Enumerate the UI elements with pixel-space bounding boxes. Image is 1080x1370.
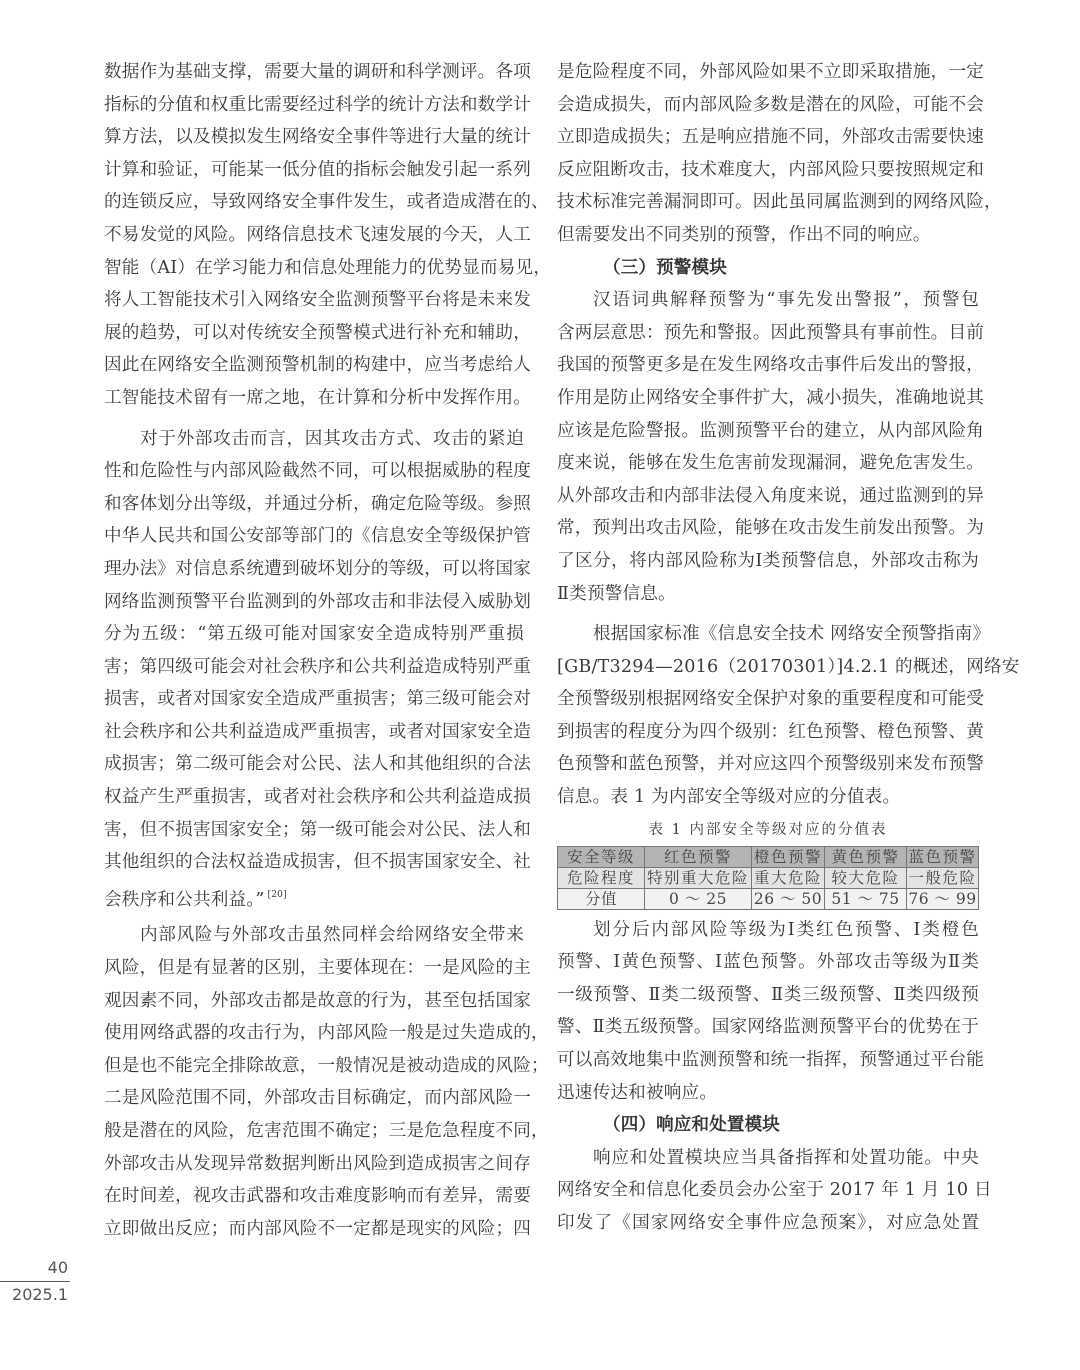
- text-line: 内部风险与外部攻击虽然同样会给网络安全带来: [104, 919, 524, 952]
- text-line: 计算和验证，可能某一低分值的指标会触发引起一系列: [104, 154, 524, 187]
- table-cell: 黄色预警: [825, 846, 907, 867]
- text-line: 害，但不损害国家安全；第一级可能会对公民、法人和: [104, 814, 524, 847]
- security-grade-table: 安全等级 红色预警 橙色预警 黄色预警 蓝色预警 危险程度 特别重大危险 重大危…: [557, 846, 979, 910]
- text-line: 指标的分值和权重比需要经过科学的统计方法和数学计: [104, 89, 524, 122]
- table-cell: 安全等级: [558, 846, 645, 867]
- text-line: 害；第四级可能会对社会秩序和公共利益造成特别严重: [104, 651, 524, 684]
- text-line: 常，预判出攻击风险，能够在攻击发生前发出预警。为: [557, 512, 979, 545]
- paragraph-continuation: 是危险程度不同，外部风险如果不立即采取措施，一定 会造成损失，而内部风险多数是潜…: [557, 56, 979, 252]
- text-line: Ⅱ类预警信息。: [557, 578, 979, 611]
- table-row: 分值 0 ～ 25 26 ～ 50 51 ～ 75 76 ～ 99: [558, 888, 979, 909]
- paragraph-gap: [104, 415, 524, 423]
- text-line: 将人工智能技术引入网络安全监测预警平台将是未来发: [104, 284, 524, 317]
- text-line: 迅速传达和被响应。: [557, 1077, 979, 1110]
- text-line: 应该是危险警报。监测预警平台的建立，从内部风险角: [557, 415, 979, 448]
- text-line: 使用网络武器的攻击行为，内部风险一般是过失造成的，: [104, 1017, 524, 1050]
- table-cell: 26 ～ 50: [752, 888, 825, 909]
- table-cell: 76 ～ 99: [907, 888, 979, 909]
- text-line: 权益产生严重损害，或者对社会秩序和公共利益造成损: [104, 781, 524, 814]
- section-heading-warning-module: （三）预警模块: [557, 252, 979, 285]
- text-line: 数据作为基础支撑，需要大量的调研和科学测评。各项: [104, 56, 524, 89]
- text-line: 含两层意思：预先和警报。因此预警具有事前性。目前: [557, 317, 979, 350]
- text-line: 一级预警、Ⅱ类二级预警、Ⅱ类三级预警、Ⅱ类四级预: [557, 979, 979, 1012]
- text-line: 不易发觉的风险。网络信息技术飞速发展的今天，人工: [104, 219, 524, 252]
- text-line: 是危险程度不同，外部风险如果不立即采取措施，一定: [557, 56, 979, 89]
- text-line: 印发了《国家网络安全事件应急预案》，对应急处置: [557, 1207, 979, 1240]
- text-line: 作用是防止网络安全事件扩大，减小损失，准确地说其: [557, 382, 979, 415]
- paragraph-ai-metrics: 数据作为基础支撑，需要大量的调研和科学测评。各项 指标的分值和权重比需要经过科学…: [104, 56, 524, 415]
- text-line: 成损害；第二级可能会对公民、法人和其他组织的合法: [104, 748, 524, 781]
- text-line: 对于外部攻击而言，因其攻击方式、攻击的紧迫: [104, 423, 524, 456]
- text-line: 立即做出反应；而内部风险不一定都是现实的风险；四: [104, 1213, 524, 1246]
- text-line: 全预警级别根据网络安全保护对象的重要程度和可能受: [557, 683, 979, 716]
- left-column: 数据作为基础支撑，需要大量的调研和科学测评。各项 指标的分值和权重比需要经过科学…: [104, 56, 524, 1245]
- table-caption: 表 1 内部安全等级对应的分值表: [557, 816, 979, 844]
- table-cell: 红色预警: [645, 846, 752, 867]
- text-line: 其他组织的合法权益造成损害，但不损害国家安全、社: [104, 846, 524, 879]
- table-cell: 一般危险: [907, 867, 979, 888]
- text-line: 中华人民共和国公安部等部门的《信息安全等级保护管: [104, 520, 524, 553]
- text-line: 到损害的程度分为四个级别：红色预警、橙色预警、黄: [557, 716, 979, 749]
- text-line: 从外部攻击和内部非法侵入角度来说，通过监测到的异: [557, 480, 979, 513]
- paragraph-risk-classification: 划分后内部风险等级为Ⅰ类红色预警、Ⅰ类橙色 预警、Ⅰ黄色预警、Ⅰ蓝色预警。外部攻…: [557, 914, 979, 1110]
- text-line: 信息。表 1 为内部安全等级对应的分值表。: [557, 781, 979, 814]
- text-line: 响应和处置模块应当具备指挥和处置功能。中央: [557, 1142, 979, 1175]
- paragraph-external-attack-levels: 对于外部攻击而言，因其攻击方式、攻击的紧迫 性和危险性与内部风险截然不同，可以根…: [104, 423, 524, 912]
- text-line: 智能（AI）在学习能力和信息处理能力的优势显而易见，: [104, 252, 524, 285]
- issue-number: 2025.1: [0, 1282, 70, 1308]
- table-cell: 较大危险: [825, 867, 907, 888]
- text-line: 可以高效地集中监测预警和统一指挥，预警通过平台能: [557, 1044, 979, 1077]
- text-line: 理办法》对信息系统遭到破坏划分的等级，可以将国家: [104, 553, 524, 586]
- text-line: 在时间差，视攻击武器和攻击难度影响而有差异，需要: [104, 1180, 524, 1213]
- text-line-with-citation: 会秩序和公共利益。”[20]: [104, 879, 524, 912]
- text-line: 的连锁反应，导致网络安全事件发生，或者造成潜在的、: [104, 186, 524, 219]
- paragraph-response-module: 响应和处置模块应当具备指挥和处置功能。中央 网络安全和信息化委员会办公室于 20…: [557, 1142, 979, 1240]
- paragraph-national-standard: 根据国家标准《信息安全技术 网络安全预警指南》 [GB/T3294—2016（2…: [557, 618, 979, 814]
- paragraph-internal-vs-external: 内部风险与外部攻击虽然同样会给网络安全带来 风险，但是有显著的区别，主要体现在：…: [104, 919, 524, 1245]
- text-line: 会造成损失，而内部风险多数是潜在的风险，可能不会: [557, 89, 979, 122]
- text-line: 和客体划分出等级，并通过分析，确定危险等级。参照: [104, 488, 524, 521]
- text-line: 风险，但是有显著的区别，主要体现在：一是风险的主: [104, 952, 524, 985]
- right-column: 是危险程度不同，外部风险如果不立即采取措施，一定 会造成损失，而内部风险多数是潜…: [557, 56, 979, 1240]
- text-line: 展的趋势，可以对传统安全预警模式进行补充和辅助，: [104, 317, 524, 350]
- citation-ref[interactable]: [20]: [268, 890, 287, 900]
- text-line: 分为五级：“第五级可能对国家安全造成特别严重损: [104, 618, 524, 651]
- paragraph-gap: [557, 610, 979, 618]
- text-line: 我国的预警更多是在发生网络攻击事件后发出的警报，: [557, 349, 979, 382]
- text-line: 但是也不能完全排除故意，一般情况是被动造成的风险；: [104, 1050, 524, 1083]
- text-line: 了区分，将内部风险称为Ⅰ类预警信息，外部攻击称为: [557, 545, 979, 578]
- paragraph-warning-definition: 汉语词典解释预警为“事先发出警报”，预警包 含两层意思：预先和警报。因此预警具有…: [557, 284, 979, 610]
- text-line: 二是风险范围不同，外部攻击目标确定，而内部风险一: [104, 1082, 524, 1115]
- text-line: 网络监测预警平台监测到的外部攻击和非法侵入威胁划: [104, 586, 524, 619]
- text-line: 划分后内部风险等级为Ⅰ类红色预警、Ⅰ类橙色: [557, 914, 979, 947]
- text-line: 因此在网络安全监测预警机制的构建中，应当考虑给人: [104, 349, 524, 382]
- text-line: 但需要发出不同类别的预警，作出不同的响应。: [557, 219, 979, 252]
- text-line: 技术标准完善漏洞即可。因此虽同属监测到的网络风险，: [557, 186, 979, 219]
- text-line: 外部攻击从发现异常数据判断出风险到造成损害之间存: [104, 1148, 524, 1181]
- page-folio: 40 2025.1: [0, 1255, 70, 1308]
- text-line: 般是潜在的风险，危害范围不确定；三是危急程度不同，: [104, 1115, 524, 1148]
- text-line: 色预警和蓝色预警，并对应这四个预警级别来发布预警: [557, 748, 979, 781]
- text-line: [GB/T3294—2016（20170301）]4.2.1 的概述，网络安: [557, 651, 979, 684]
- text-line: 网络安全和信息化委员会办公室于 2017 年 1 月 10 日: [557, 1174, 979, 1207]
- text-line: 预警、Ⅰ黄色预警、Ⅰ蓝色预警。外部攻击等级为Ⅱ类: [557, 946, 979, 979]
- table-cell: 分值: [558, 888, 645, 909]
- table-cell: 蓝色预警: [907, 846, 979, 867]
- text-line: 汉语词典解释预警为“事先发出警报”，预警包: [557, 284, 979, 317]
- text-line: 算方法，以及模拟发生网络安全事件等进行大量的统计: [104, 121, 524, 154]
- page-number: 40: [0, 1255, 70, 1281]
- text-line: 根据国家标准《信息安全技术 网络安全预警指南》: [557, 618, 979, 651]
- text-line: 损害，或者对国家安全造成严重损害；第三级可能会对: [104, 683, 524, 716]
- text-line: 警、Ⅱ类五级预警。国家网络监测预警平台的优势在于: [557, 1011, 979, 1044]
- text-line: 度来说，能够在发生危害前发现漏洞，避免危害发生。: [557, 447, 979, 480]
- text-line: 观因素不同，外部攻击都是故意的行为，甚至包括国家: [104, 985, 524, 1018]
- text-line: 会秩序和公共利益。”: [104, 890, 265, 910]
- table-cell: 橙色预警: [752, 846, 825, 867]
- text-line: 工智能技术留有一席之地，在计算和分析中发挥作用。: [104, 382, 524, 415]
- table-header-row: 安全等级 红色预警 橙色预警 黄色预警 蓝色预警: [558, 846, 979, 867]
- table-cell: 0 ～ 25: [645, 888, 752, 909]
- text-line: 性和危险性与内部风险截然不同，可以根据威胁的程度: [104, 455, 524, 488]
- text-line: 反应阻断攻击，技术难度大，内部风险只要按照规定和: [557, 154, 979, 187]
- table-cell: 51 ～ 75: [825, 888, 907, 909]
- table-row: 危险程度 特别重大危险 重大危险 较大危险 一般危险: [558, 867, 979, 888]
- table-cell: 危险程度: [558, 867, 645, 888]
- table-cell: 特别重大危险: [645, 867, 752, 888]
- paragraph-gap: [104, 911, 524, 919]
- table-cell: 重大危险: [752, 867, 825, 888]
- text-line: 社会秩序和公共利益造成严重损害，或者对国家安全造: [104, 716, 524, 749]
- section-heading-response-module: （四）响应和处置模块: [557, 1109, 979, 1142]
- text-line: 立即造成损失；五是响应措施不同，外部攻击需要快速: [557, 121, 979, 154]
